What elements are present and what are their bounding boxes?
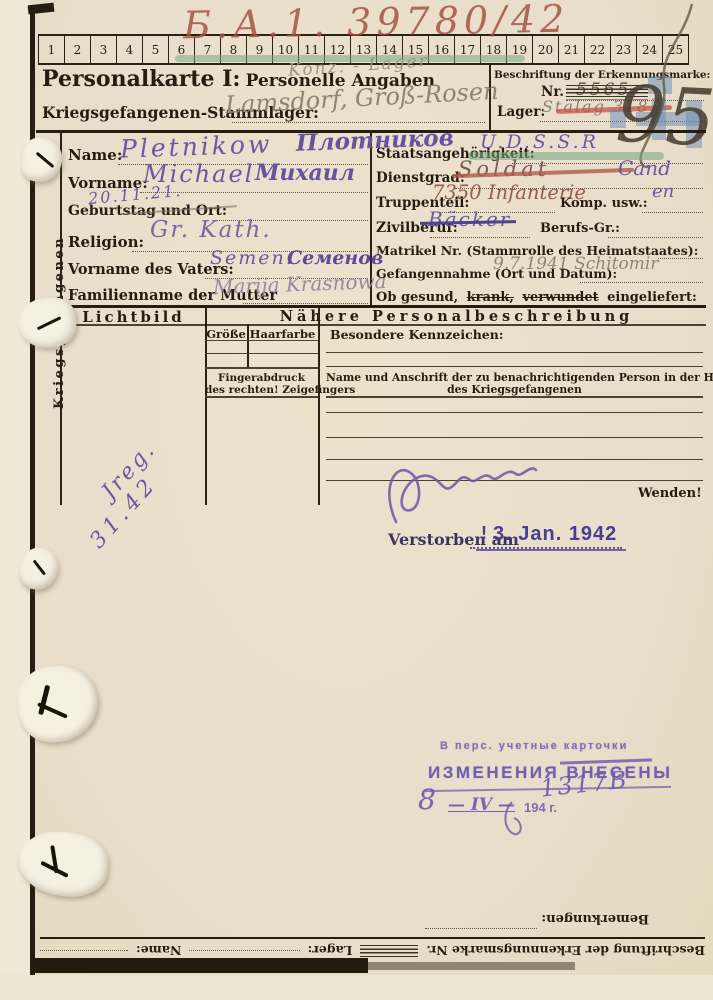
name-label: Name: bbox=[68, 146, 122, 164]
komp-dotted-line bbox=[642, 211, 703, 213]
nationality-value: U.D.S.S.R bbox=[480, 131, 599, 153]
capture-value: 9.7.1941 Schitomir bbox=[493, 254, 658, 274]
fingerprint-header: Fingerabdruck des rechten! Zeigefingers bbox=[205, 372, 318, 396]
marks-ruled-line bbox=[326, 366, 703, 367]
mini-table-line bbox=[205, 353, 318, 354]
height-header: Größe bbox=[205, 327, 247, 341]
remarks-dotted-line bbox=[425, 927, 537, 929]
berufsgr-dotted-line bbox=[608, 236, 703, 238]
komp-value: en bbox=[652, 181, 674, 202]
description-header: Nähere Personalbeschreibung bbox=[207, 308, 706, 325]
bottom-beschriftung-label: Beschriftung der Erkennungsmarke Nr. bbox=[426, 944, 705, 959]
paper-tear bbox=[15, 663, 100, 744]
contact-line2: des Kriegsgefangenen bbox=[326, 384, 703, 396]
health-label: Ob gesund, krank, verwundet eingeliefert… bbox=[376, 290, 701, 305]
matrikel-dotted-line bbox=[658, 257, 703, 259]
religion-value: Gr. Kath. bbox=[150, 217, 272, 243]
health-label-verwundet: verwundet bbox=[522, 290, 598, 305]
vorname-cyrillic: Михаил bbox=[255, 160, 355, 186]
scan-edge-bottom-fade bbox=[360, 962, 575, 970]
bottom-strip-flipped: Beschriftung der Erkennungsmarke Nr. Lag… bbox=[40, 941, 705, 961]
name-value: Pletnikow bbox=[120, 129, 273, 163]
red-archive-number: Б.А.1. 39780/42 bbox=[183, 0, 570, 47]
health-label-krank: krank, bbox=[467, 290, 514, 305]
berufsgr-label: Berufs-Gr.: bbox=[540, 221, 620, 236]
russian-hand-day: 8 bbox=[418, 783, 436, 816]
fingerprint-line2: des rechten! Zeigefingers bbox=[205, 384, 318, 396]
russian-hand-flourish bbox=[492, 800, 532, 840]
mother-dotted-line bbox=[243, 302, 368, 304]
death-date-stamp: 3. Jan. 1942 bbox=[493, 523, 617, 546]
russian-stamp-line1: В перс. учетные карточки bbox=[440, 740, 628, 752]
religion-label: Religion: bbox=[68, 233, 144, 251]
bottom-lager-dotted bbox=[189, 950, 299, 952]
ruler-cell: 3 bbox=[91, 36, 117, 63]
father-value: Semen. bbox=[210, 247, 294, 269]
ruler-cell: 2 bbox=[65, 36, 91, 63]
contact-ruled-line bbox=[326, 412, 703, 413]
scan-edge-topleft bbox=[28, 3, 55, 15]
health-label-post: eingeliefert: bbox=[607, 290, 697, 305]
haircolor-header: Haarfarbe bbox=[247, 327, 318, 341]
fingerprint-underline bbox=[205, 396, 318, 398]
death-date-tick: ! bbox=[481, 523, 487, 544]
fingerprint-line1: Fingerabdruck bbox=[205, 372, 318, 384]
bottom-lager-label: Lager: bbox=[308, 944, 353, 959]
title-main: Personalkarte I: bbox=[42, 66, 241, 92]
turn-over-label: Wenden! bbox=[638, 486, 702, 501]
father-label: Vorname des Vaters: bbox=[68, 261, 234, 278]
father-cyrillic: Семенов bbox=[287, 247, 383, 269]
mother-value: Marija Krasnowa bbox=[213, 269, 387, 299]
bottom-number-lines bbox=[360, 945, 418, 957]
remarks-label-flipped: Bemerkungen: bbox=[545, 911, 649, 926]
paper-tear bbox=[19, 135, 65, 184]
rank-added-value: Cand bbox=[618, 156, 671, 180]
capture-dotted-line bbox=[580, 281, 703, 283]
middle-column-divider bbox=[318, 305, 320, 505]
deceased-stamp-line bbox=[476, 549, 626, 551]
bottom-name-dotted bbox=[40, 950, 128, 952]
scan-margin-bottom bbox=[0, 975, 713, 1000]
occupation-dotted-line bbox=[430, 236, 530, 238]
occupation-value: Bäcker bbox=[428, 207, 511, 231]
stammlager-dotted-line bbox=[232, 121, 485, 123]
pow-personnel-card: 1234567891011121314151617181920212223242… bbox=[0, 0, 713, 1000]
mini-table-line bbox=[205, 340, 318, 341]
contact-underline bbox=[326, 396, 703, 398]
bottom-name-label: Name: bbox=[136, 944, 181, 959]
marks-ruled-line bbox=[326, 352, 703, 353]
mini-table-line bbox=[205, 367, 318, 369]
header-underline bbox=[60, 324, 706, 326]
lager-label: Lager: bbox=[497, 104, 545, 120]
marks-label: Besondere Kennzeichen: bbox=[330, 327, 503, 342]
contact-ruled-line bbox=[326, 437, 703, 438]
health-label-pre: Ob gesund, bbox=[376, 290, 458, 305]
komp-label: Komp. usw.: bbox=[560, 196, 648, 211]
ruler-cell: 4 bbox=[117, 36, 143, 63]
ruler-cell: 5 bbox=[143, 36, 169, 63]
ruler-cell: 1 bbox=[38, 36, 65, 63]
bottom-rule bbox=[40, 937, 705, 939]
contact-header: Name und Anschrift der zu benachrichtige… bbox=[326, 372, 703, 397]
